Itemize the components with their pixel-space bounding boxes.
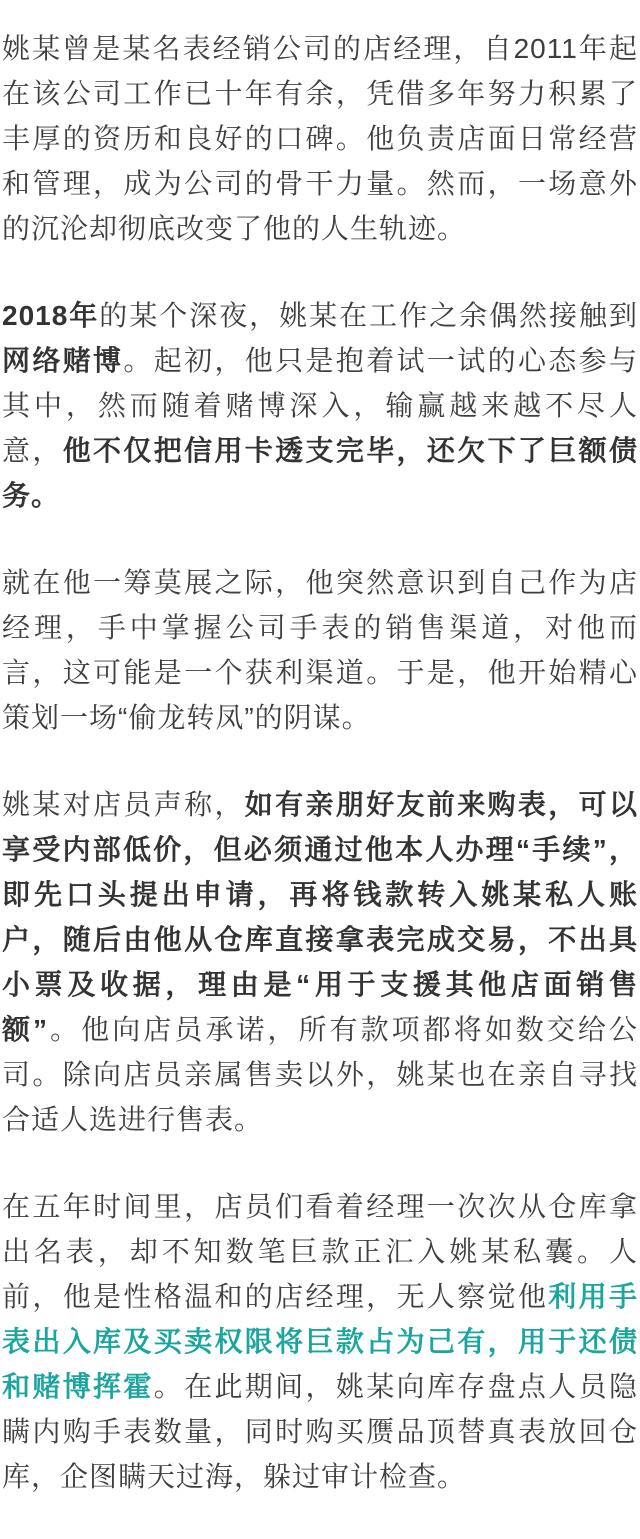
article-body: 姚某曾是某名表经销公司的店经理，自2011年起在该公司工作已十年有余，凭借多年努… [0, 0, 640, 1539]
paragraph: 姚某对店员声称，如有亲朋好友前来购表，可以享受内部低价，但必须通过他本人办理“手… [2, 782, 638, 1142]
bold-text-run: 他不仅把信用卡透支完毕，还欠下了巨额债务。 [2, 435, 638, 511]
text-run: 的某个深夜，姚某在工作之余偶然接触到 [99, 300, 638, 331]
bold-text-run: 网络赌博 [2, 345, 123, 376]
text-run: 就在他一筹莫展之际，他突然意识到自己作为店经理，手中掌握公司手表的销售渠道，对他… [2, 567, 638, 733]
paragraph: 姚某曾是某名表经销公司的店经理，自2011年起在该公司工作已十年有余，凭借多年努… [2, 26, 638, 251]
bold-text-run: 2018年 [2, 300, 99, 331]
paragraph: 在五年时间里，店员们看着经理一次次从仓库拿出名表，却不知数笔巨款正汇入姚某私囊。… [2, 1184, 638, 1499]
text-run: 姚某对店员声称， [2, 789, 245, 820]
text-run: 在五年时间里，店员们看着经理一次次从仓库拿出名表，却不知数笔巨款正汇入姚某私囊。… [2, 1191, 638, 1312]
paragraph: 就在他一筹莫展之际，他突然意识到自己作为店经理，手中掌握公司手表的销售渠道，对他… [2, 560, 638, 740]
text-run: 。他向店员承诺，所有款项都将如数交给公司。除向店员亲属售卖以外，姚某也在亲自寻找… [2, 1014, 638, 1135]
bold-text-run: 如有亲朋好友前来购表，可以享受内部低价，但必须通过他本人办理“手续”，即先口头提… [2, 789, 638, 1045]
paragraph: 2018年的某个深夜，姚某在工作之余偶然接触到网络赌博。起初，他只是抱着试一试的… [2, 293, 638, 518]
text-run: 姚某曾是某名表经销公司的店经理，自2011年起在该公司工作已十年有余，凭借多年努… [2, 33, 638, 244]
